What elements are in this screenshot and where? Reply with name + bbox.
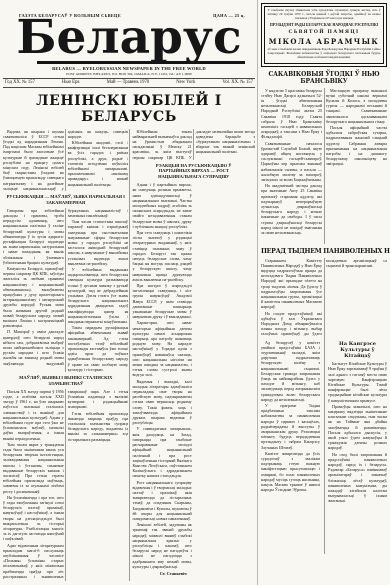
obituary-box: У глыбокім смутку абвяшчаем усім суродзі… — [261, 3, 387, 67]
captive-nations-text-top: Стараньнем Камітэту Паняволеных Народаў … — [261, 258, 387, 340]
china-congress-text: Інстытут Кітайскае Культуры ў Нью Ёрку з… — [328, 361, 387, 547]
obituary-inner-frame: У глыбокім смутку абвяшчаем усім суродзі… — [264, 6, 385, 64]
lead-article-columns-left: Вядома, як шырака і шумна сьвяткаваліся … — [3, 129, 128, 581]
china-congress-article: На Кангрэсе Культуры ў Кітайцаў Інстытут… — [324, 340, 387, 554]
volume-number-cyrillic: Год XX. № 157 — [5, 80, 35, 85]
obituary-intro: У глыбокім смутку абвяшчаем усім суродзі… — [268, 9, 381, 21]
masthead-post-address: POST ADDRESS: BIELARUS, P.O. BOX 304, JA… — [3, 72, 255, 76]
city-latin: New York — [176, 80, 195, 85]
newspaper-front-page: ГАЗЭТА БЕЛАРУСАЎ У ВОЛЬНЫМ СЬВЕЦЕ ЦАНА —… — [0, 0, 390, 585]
main-section: ГАЗЭТА БЕЛАРУСАЎ У ВОЛЬНЫМ СЬВЕЦЕ ЦАНА —… — [0, 0, 257, 585]
lead-section1-paragraphs: Гаворачы пра юбілейныя даклады і прамовы… — [3, 208, 128, 372]
lead-article-body: Вядома, як шырака і шумна сьвяткаваліся … — [3, 129, 255, 585]
subhead-national-resistance: РЭАКЦЫЯ НА РУСЫФІКАЦЫЮ Ў ПАРТЫЙНЫХ ВЯРХА… — [145, 163, 243, 180]
lead-intro-paragraphs: Вядома, як шырака і шумна сьвяткаваліся … — [3, 129, 128, 191]
lead-article-headline: ЛЕНІНСКІ ЮБІЛЕЙ І БЕЛАРУСЬ — [3, 93, 255, 125]
captive-nations-headline: ПЕРАД ТЫДНЕМ ПАНЯВОЛЕНЫХ НАРОДАЎ — [261, 248, 387, 255]
subhead-russification: РУСЫФІКАЦЫЯ — МАЎЛЯЎ, ЗЬЯВА НАРМАЛЬНАЯ І… — [3, 194, 128, 205]
masthead-english-title: BELARUS — BYELORUSSIAN NEWSPAPER IN THE … — [3, 66, 255, 71]
newspaper-logo: Беларус — [3, 15, 255, 61]
city-cyrillic: Нью Ёрк — [62, 80, 80, 85]
obituary-memory-line: СЬВЯТОЙ ПАМЯЦІ — [268, 29, 381, 35]
lead-section3-paragraphs: Аднак і ў партыйных вярхах, як сьведчаць… — [132, 182, 191, 569]
issue-date: Май — Травень 1970 — [107, 80, 149, 85]
masthead: ГАЗЭТА БЕЛАРУСАЎ У ВОЛЬНЫМ СЬВЕЦЕ ЦАНА —… — [3, 0, 255, 88]
lead-article-columns-right: Юбілейным тонам найвыразьней вызначыўся … — [129, 129, 255, 581]
lead-section2-paragraphs: Пасьля XX зьезду партыі ў 1956 годзе, а … — [3, 389, 128, 581]
anniversary-article-text: У нядзелю 5 красавіка беларусы стэйту Нь… — [261, 88, 387, 244]
dateline-row: Год XX. № 157 Нью Ёрк Май — Травень 1970… — [3, 78, 255, 88]
volume-number-latin: Vol. XX. № 157 — [222, 80, 253, 85]
obituary-title: ПРЭЗЫДЭНТ РАДЫ БЕЛАРУСКАЕ НАРОДНАЕ РЭСПУ… — [268, 23, 381, 27]
obituary-name: МІКОЛА АБРАМЧЫК — [268, 37, 381, 46]
right-section: У глыбокім смутку абвяшчаем усім суродзі… — [257, 0, 390, 585]
author-signature: Ст. Станкевіч — [132, 571, 191, 576]
lead-intro2-paragraphs: Юбілейным тонам найвыразьней вызначыўся … — [132, 129, 255, 160]
captive-nations-text-continued: Ад беларусаў у камітэт увайшлі прадстаўн… — [261, 340, 320, 554]
anniversary-article-headline: САКАВІКОВЫЯ ЎГОДКІ Ў НЬЮ БРАНСЬВІКУ — [261, 71, 387, 85]
china-congress-headline: На Кангрэсе Культуры ў Кітайцаў — [328, 341, 387, 360]
right-bottom-row: Ад беларусаў у камітэт увайшлі прадстаўн… — [261, 340, 387, 554]
subhead-stalin-crimes: МАЎЛЯЎ, ВЫЯВЫ І ВЫНІКІ СТАЛІНСКІХ ЗЛАЧЫН… — [3, 375, 128, 386]
obituary-outro: аб чым з глыбокім жалем паведамляюць Рад… — [268, 48, 381, 60]
